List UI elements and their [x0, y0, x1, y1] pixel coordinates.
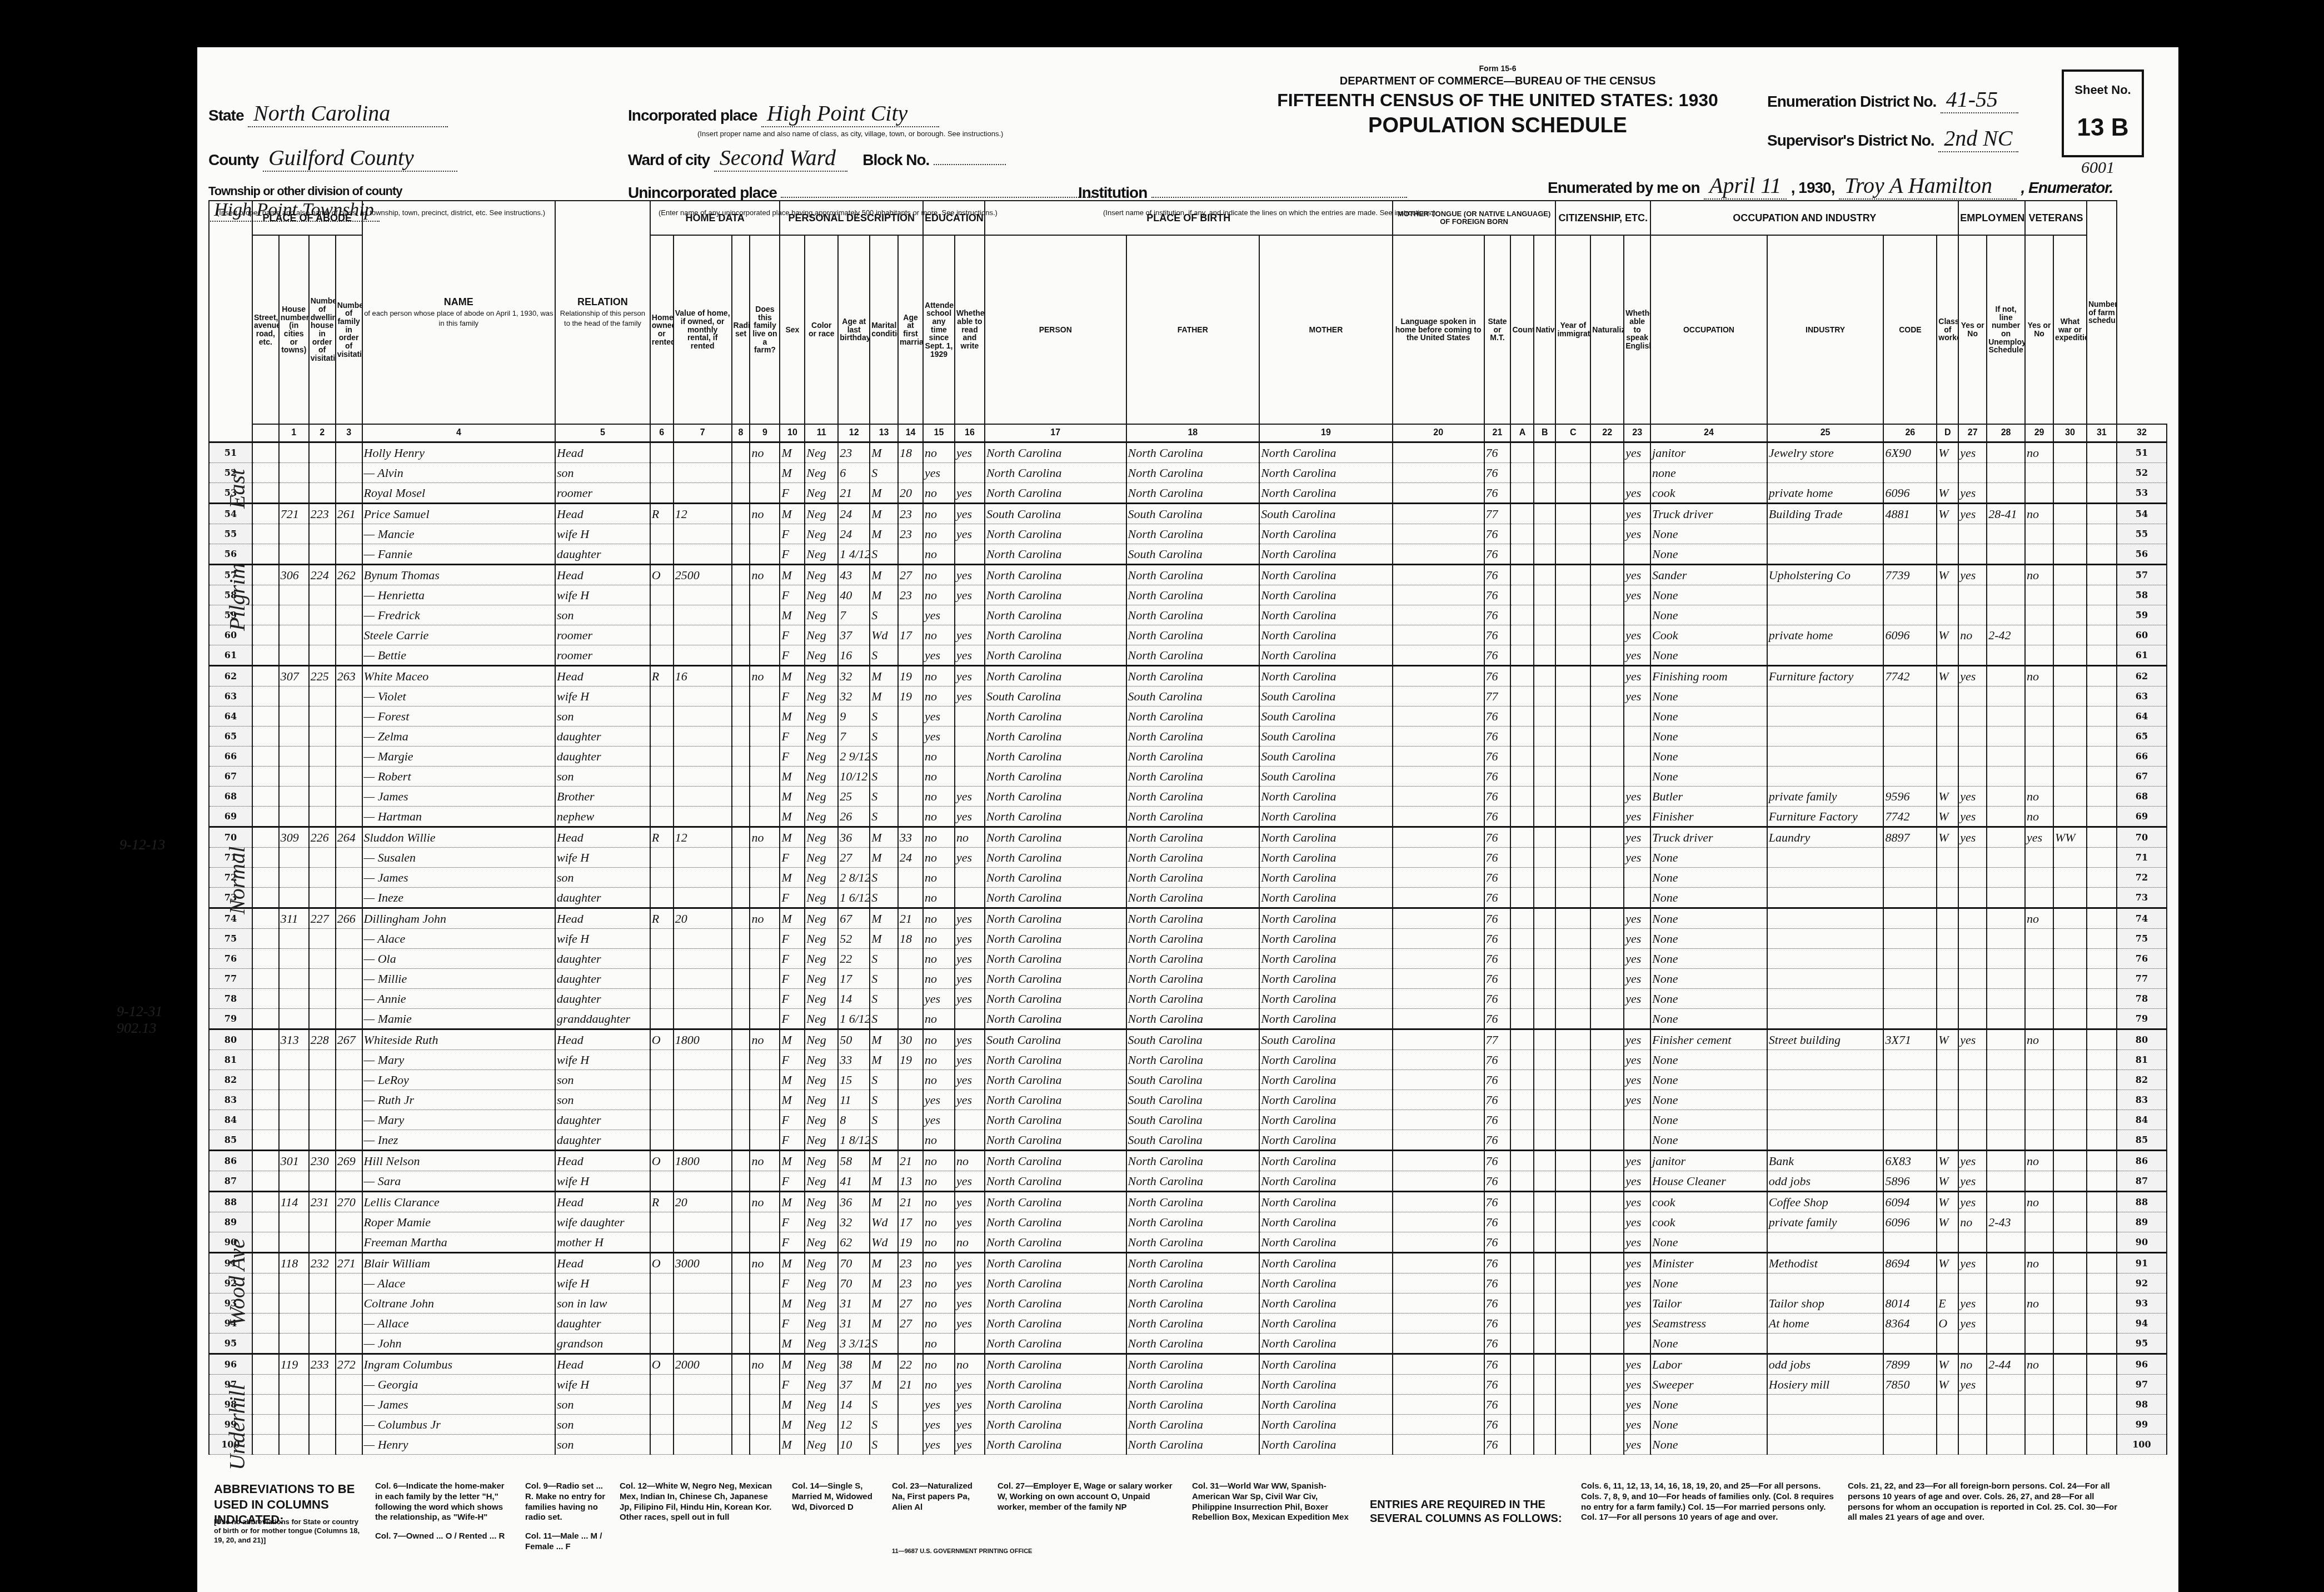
abbrev-col12: Col. 12—White W, Negro Neg, Mexican Mex,…: [620, 1481, 781, 1523]
cell-house: [279, 524, 309, 544]
cell-name: — Georgia: [362, 1375, 555, 1395]
cell-street: [252, 989, 279, 1009]
cell-code_a: 76: [1484, 1435, 1511, 1455]
census-row: 59— FredricksonMNeg7SyesNorth CarolinaNo…: [209, 605, 2167, 625]
cell-imm: [1555, 1192, 1590, 1212]
cell-mar: S: [870, 1090, 898, 1110]
cell-imm: [1555, 1130, 1590, 1151]
cell-rel: son: [555, 1090, 650, 1110]
cell-ind: Building Trade: [1767, 504, 1884, 524]
cell-occ: None: [1650, 605, 1767, 625]
cell-vet: no: [2025, 666, 2053, 686]
line-number: 90: [2117, 1232, 2167, 1253]
cell-war: [2053, 1273, 2087, 1294]
cell-age: 24: [838, 504, 870, 524]
ed-field: Enumeration District No. 41-55: [1767, 86, 2018, 113]
cell-ind: Laundry: [1767, 827, 1884, 848]
cell-code_a: 76: [1484, 1192, 1511, 1212]
cell-own: [650, 1050, 674, 1070]
cell-read: yes: [955, 686, 985, 707]
cell-rel: Head: [555, 908, 650, 929]
cell-code: 6X90: [1883, 442, 1937, 463]
abbrev-col11: Col. 11—Male ... M / Female ... F: [525, 1531, 609, 1553]
cell-dw: [309, 1090, 336, 1110]
cell-ind: [1767, 1273, 1884, 1294]
cell-fam: [336, 1110, 362, 1130]
cell-dw: [309, 1435, 336, 1455]
cell-code_a: 76: [1484, 908, 1511, 929]
cell-emp: yes: [1958, 565, 1987, 585]
cell-school: no: [923, 1273, 955, 1294]
street-label-underhill: Underhill: [224, 1384, 250, 1470]
cell-imm: [1555, 1151, 1590, 1171]
cell-emp: [1958, 585, 1987, 605]
cell-war: [2053, 888, 2087, 908]
column-number: 15: [923, 424, 955, 442]
cell-code: [1883, 524, 1937, 544]
census-row: 89Roper Mamiewife daughterFNeg32Wd17noye…: [209, 1212, 2167, 1232]
cell-code_a: 76: [1484, 727, 1511, 747]
cell-house: [279, 1415, 309, 1435]
col-occupation: OCCUPATION: [1650, 235, 1767, 424]
line-number: 83: [209, 1090, 252, 1110]
cell-code_c: [1534, 483, 1555, 504]
cell-mar: S: [870, 989, 898, 1009]
cell-dw: [309, 605, 336, 625]
cell-sex: F: [780, 686, 805, 707]
cell-school: yes: [923, 463, 955, 483]
cell-imm: [1555, 1029, 1590, 1050]
cell-sex: F: [780, 949, 805, 969]
cell-imm: [1555, 544, 1590, 565]
cell-read: yes: [955, 1090, 985, 1110]
cell-read: yes: [955, 565, 985, 585]
cell-rel: son: [555, 1070, 650, 1090]
cell-rel: daughter: [555, 888, 650, 908]
cell-eng: yes: [1624, 483, 1650, 504]
cell-war: [2053, 1435, 2087, 1455]
line-number: 89: [209, 1212, 252, 1232]
cell-emp: yes: [1958, 1192, 1987, 1212]
cell-code_b: [1510, 1294, 1534, 1314]
cell-war: [2053, 565, 2087, 585]
census-row: 91118232271Blair WilliamHeadO3000noMNeg7…: [209, 1253, 2167, 1273]
cell-dw: [309, 1395, 336, 1415]
cell-code_c: [1534, 727, 1555, 747]
cell-code_b: [1510, 989, 1534, 1009]
cell-lang: [1393, 1232, 1484, 1253]
cell-code_b: [1510, 1029, 1534, 1050]
cell-code: [1883, 585, 1937, 605]
cell-fbp: North Carolina: [1126, 1435, 1260, 1455]
cell-code_b: [1510, 908, 1534, 929]
cell-eng: [1624, 463, 1650, 483]
cell-lang: [1393, 1130, 1484, 1151]
cell-read: [955, 1009, 985, 1029]
cell-lang: [1393, 463, 1484, 483]
cell-code_b: [1510, 625, 1534, 645]
cell-read: yes: [955, 1050, 985, 1070]
cell-sex: F: [780, 1375, 805, 1395]
cell-street: [252, 868, 279, 888]
cell-imm: [1555, 504, 1590, 524]
cell-name: — Robert: [362, 767, 555, 787]
line-number: 88: [209, 1192, 252, 1212]
cell-house: [279, 767, 309, 787]
cell-code: [1883, 868, 1937, 888]
cell-code_c: [1534, 787, 1555, 807]
cell-lang: [1393, 565, 1484, 585]
cell-bp: North Carolina: [985, 1192, 1126, 1212]
line-number: 73: [2117, 888, 2167, 908]
cell-eng: [1624, 544, 1650, 565]
cell-occ: Finishing room: [1650, 666, 1767, 686]
cell-own: [650, 1130, 674, 1151]
cell-agem: 27: [898, 565, 923, 585]
enumerated-date: April 11: [1704, 172, 1787, 200]
cell-nat: [1590, 605, 1624, 625]
cell-sex: M: [780, 442, 805, 463]
cell-own: O: [650, 565, 674, 585]
cell-code_b: [1510, 1090, 1534, 1110]
cell-sex: F: [780, 1130, 805, 1151]
cell-agem: 23: [898, 524, 923, 544]
cell-radio: [732, 1375, 750, 1395]
cell-vet: [2025, 1110, 2053, 1130]
cell-mbp: North Carolina: [1259, 585, 1393, 605]
column-number: C: [1555, 424, 1590, 442]
cell-cls: [1937, 868, 1958, 888]
cell-cls: W: [1937, 1029, 1958, 1050]
cell-vet: no: [2025, 504, 2053, 524]
cell-race: Neg: [805, 1009, 838, 1029]
cell-agem: 22: [898, 1354, 923, 1375]
cell-radio: [732, 1110, 750, 1130]
cell-own: [650, 1314, 674, 1334]
census-row: 99— Columbus JrsonMNeg12SyesyesNorth Car…: [209, 1415, 2167, 1435]
cell-age: 70: [838, 1253, 870, 1273]
cell-fbp: North Carolina: [1126, 1354, 1260, 1375]
cell-age: 33: [838, 1050, 870, 1070]
cell-own: [650, 1171, 674, 1192]
cell-race: Neg: [805, 1110, 838, 1130]
cell-lang: [1393, 908, 1484, 929]
cell-nat: [1590, 1232, 1624, 1253]
cell-fbp: North Carolina: [1126, 1009, 1260, 1029]
cell-radio: [732, 767, 750, 787]
cell-farm: [750, 949, 780, 969]
cell-mar: S: [870, 1395, 898, 1415]
cell-ind: private home: [1767, 625, 1884, 645]
cell-house: [279, 787, 309, 807]
cell-sched: [2087, 1314, 2117, 1334]
cell-code_a: 76: [1484, 827, 1511, 848]
cell-agem: [898, 747, 923, 767]
cell-code_c: [1534, 1070, 1555, 1090]
cell-bp: North Carolina: [985, 1314, 1126, 1334]
cell-mbp: North Carolina: [1259, 1192, 1393, 1212]
cell-occ: None: [1650, 1070, 1767, 1090]
cell-code: [1883, 1110, 1937, 1130]
cell-fam: [336, 1273, 362, 1294]
cell-code_b: [1510, 848, 1534, 868]
cell-mbp: North Carolina: [1259, 1110, 1393, 1130]
line-number: 63: [2117, 686, 2167, 707]
cell-val: 12: [674, 827, 732, 848]
cell-nat: [1590, 1212, 1624, 1232]
col-immigration: Year of immigration: [1555, 235, 1590, 424]
cell-dw: [309, 524, 336, 544]
cell-farm: no: [750, 666, 780, 686]
enumerated-year: , 1930,: [1791, 179, 1835, 196]
column-number: 1: [279, 424, 309, 442]
cell-bp: North Carolina: [985, 1232, 1126, 1253]
cell-street: [252, 442, 279, 463]
cell-code_c: [1534, 1212, 1555, 1232]
cell-emp: [1958, 929, 1987, 949]
cell-mar: S: [870, 807, 898, 827]
cell-mbp: North Carolina: [1259, 605, 1393, 625]
cell-sched: [2087, 707, 2117, 727]
cell-age: 12: [838, 1415, 870, 1435]
cell-house: [279, 1130, 309, 1151]
cell-fbp: North Carolina: [1126, 1334, 1260, 1354]
cell-street: [252, 1273, 279, 1294]
cell-sched: [2087, 807, 2117, 827]
cell-code_b: [1510, 1273, 1534, 1294]
cell-lang: [1393, 1375, 1484, 1395]
cell-school: no: [923, 585, 955, 605]
cell-war: [2053, 544, 2087, 565]
cell-cls: [1937, 767, 1958, 787]
line-number: 67: [2117, 767, 2167, 787]
cell-val: [674, 929, 732, 949]
cell-ind: [1767, 707, 1884, 727]
cell-unemp: [1987, 1029, 2025, 1050]
cell-fbp: North Carolina: [1126, 908, 1260, 929]
cell-ind: [1767, 969, 1884, 989]
cell-race: Neg: [805, 1232, 838, 1253]
cell-mar: S: [870, 868, 898, 888]
cell-farm: [750, 585, 780, 605]
cell-name: — John: [362, 1334, 555, 1354]
cell-emp: no: [1958, 1212, 1987, 1232]
cell-farm: [750, 888, 780, 908]
cell-sex: M: [780, 1070, 805, 1090]
cell-farm: [750, 1090, 780, 1110]
department: DEPARTMENT OF COMMERCE—BUREAU OF THE CEN…: [1248, 75, 1748, 88]
line-number: 88: [2117, 1192, 2167, 1212]
cell-lang: [1393, 1171, 1484, 1192]
cell-vet: [2025, 1435, 2053, 1455]
cell-ind: Coffee Shop: [1767, 1192, 1884, 1212]
cell-code: [1883, 463, 1937, 483]
cell-emp: [1958, 1050, 1987, 1070]
cell-agem: 23: [898, 1273, 923, 1294]
cell-imm: [1555, 1354, 1590, 1375]
abbrev-col23: Col. 23—Naturalized Na, First papers Pa,…: [892, 1481, 986, 1513]
footer-abbreviations: ABBREVIATIONS TO BE USED IN COLUMNS INDI…: [208, 1476, 2167, 1576]
cell-ind: [1767, 1050, 1884, 1070]
column-number: 11: [805, 424, 838, 442]
cell-unemp: [1987, 1415, 2025, 1435]
cell-code: [1883, 1009, 1937, 1029]
cell-emp: [1958, 645, 1987, 666]
cell-unemp: [1987, 1314, 2025, 1334]
cell-own: [650, 949, 674, 969]
cell-farm: [750, 848, 780, 868]
cell-street: [252, 908, 279, 929]
cell-vet: [2025, 1171, 2053, 1192]
cell-war: [2053, 605, 2087, 625]
cell-school: yes: [923, 1435, 955, 1455]
cell-lang: [1393, 787, 1484, 807]
cell-sched: [2087, 666, 2117, 686]
cell-radio: [732, 747, 750, 767]
cell-farm: [750, 463, 780, 483]
cell-sched: [2087, 1435, 2117, 1455]
cell-race: Neg: [805, 483, 838, 504]
cell-bp: North Carolina: [985, 1090, 1126, 1110]
line-number: 75: [209, 929, 252, 949]
cell-ind: At home: [1767, 1314, 1884, 1334]
col-farm: Does this family live on a farm?: [750, 235, 780, 424]
cell-unemp: [1987, 767, 2025, 787]
cell-unemp: [1987, 1151, 2025, 1171]
cell-sex: M: [780, 1395, 805, 1415]
cell-emp: [1958, 1232, 1987, 1253]
cell-radio: [732, 787, 750, 807]
cell-code_a: 76: [1484, 1050, 1511, 1070]
cell-school: yes: [923, 1090, 955, 1110]
cell-age: 36: [838, 1192, 870, 1212]
cell-code: 6096: [1883, 1212, 1937, 1232]
cell-code: 7899: [1883, 1354, 1937, 1375]
cell-fbp: North Carolina: [1126, 1375, 1260, 1395]
column-number: [252, 424, 279, 442]
cell-name: — James: [362, 787, 555, 807]
cell-eng: yes: [1624, 1415, 1650, 1435]
cell-ind: [1767, 645, 1884, 666]
cell-val: [674, 442, 732, 463]
cell-vet: no: [2025, 1151, 2053, 1171]
cell-eng: [1624, 747, 1650, 767]
cell-name: — Bettie: [362, 645, 555, 666]
cell-farm: [750, 645, 780, 666]
cell-dw: [309, 1110, 336, 1130]
cell-eng: yes: [1624, 1070, 1650, 1090]
cell-farm: [750, 1212, 780, 1232]
cell-race: Neg: [805, 1212, 838, 1232]
census-row: 58— Henriettawife HFNeg40M23noyesNorth C…: [209, 585, 2167, 605]
cell-name: Hill Nelson: [362, 1151, 555, 1171]
cell-fam: [336, 1070, 362, 1090]
line-number: 96: [209, 1354, 252, 1375]
cell-mar: S: [870, 727, 898, 747]
cell-race: Neg: [805, 1273, 838, 1294]
cell-nat: [1590, 868, 1624, 888]
cell-lang: [1393, 1395, 1484, 1415]
cell-school: no: [923, 1151, 955, 1171]
cell-emp: no: [1958, 1354, 1987, 1375]
cell-read: yes: [955, 1415, 985, 1435]
cell-val: [674, 787, 732, 807]
cell-agem: [898, 1090, 923, 1110]
cell-dw: [309, 483, 336, 504]
cell-sched: [2087, 1232, 2117, 1253]
cell-code: [1883, 969, 1937, 989]
cell-farm: [750, 483, 780, 504]
cell-rel: nephew: [555, 807, 650, 827]
group-home-data: HOME DATA: [650, 201, 780, 235]
cell-fam: 269: [336, 1151, 362, 1171]
cell-war: [2053, 1029, 2087, 1050]
cell-race: Neg: [805, 645, 838, 666]
cell-mar: M: [870, 1151, 898, 1171]
cell-agem: 19: [898, 686, 923, 707]
cell-dw: [309, 868, 336, 888]
cell-cls: O: [1937, 1314, 1958, 1334]
cell-code_b: [1510, 1151, 1534, 1171]
cell-mbp: North Carolina: [1259, 463, 1393, 483]
cell-bp: North Carolina: [985, 463, 1126, 483]
cell-sex: F: [780, 625, 805, 645]
cell-dw: [309, 625, 336, 645]
cell-sex: M: [780, 1192, 805, 1212]
cell-code_b: [1510, 605, 1534, 625]
cell-mbp: North Carolina: [1259, 1273, 1393, 1294]
cell-read: yes: [955, 807, 985, 827]
cell-bp: North Carolina: [985, 908, 1126, 929]
cell-nat: [1590, 949, 1624, 969]
cell-farm: [750, 605, 780, 625]
cell-street: [252, 1314, 279, 1334]
cell-occ: None: [1650, 1090, 1767, 1110]
cell-val: [674, 1375, 732, 1395]
cell-emp: [1958, 727, 1987, 747]
cell-nat: [1590, 888, 1624, 908]
cell-sched: [2087, 565, 2117, 585]
cell-sched: [2087, 1375, 2117, 1395]
cell-unemp: [1987, 524, 2025, 544]
abbrev-col6: Col. 6—Indicate the home-maker in each f…: [375, 1481, 514, 1523]
cell-age: 10/12: [838, 767, 870, 787]
cell-radio: [732, 1334, 750, 1354]
cell-house: 114: [279, 1192, 309, 1212]
cell-mbp: North Carolina: [1259, 1435, 1393, 1455]
cell-radio: [732, 727, 750, 747]
line-number: 56: [209, 544, 252, 565]
group-personal: PERSONAL DESCRIPTION: [780, 201, 923, 235]
cell-mar: S: [870, 1435, 898, 1455]
cell-rel: wife H: [555, 585, 650, 605]
cell-sex: M: [780, 463, 805, 483]
cell-school: no: [923, 504, 955, 524]
cell-sched: [2087, 625, 2117, 645]
cell-mbp: North Carolina: [1259, 1009, 1393, 1029]
cell-name: Holly Henry: [362, 442, 555, 463]
census-row: 72— JamessonMNeg2 8/12SnoNorth CarolinaN…: [209, 868, 2167, 888]
cell-radio: [732, 605, 750, 625]
cell-own: [650, 888, 674, 908]
cell-fam: 261: [336, 504, 362, 524]
cell-cls: [1937, 1090, 1958, 1110]
cell-unemp: [1987, 1253, 2025, 1273]
abbrev-col14: Col. 14—Single S, Married M, Widowed Wd,…: [792, 1481, 881, 1513]
cell-code_c: [1534, 868, 1555, 888]
cell-name: — Ola: [362, 949, 555, 969]
cell-emp: [1958, 1130, 1987, 1151]
